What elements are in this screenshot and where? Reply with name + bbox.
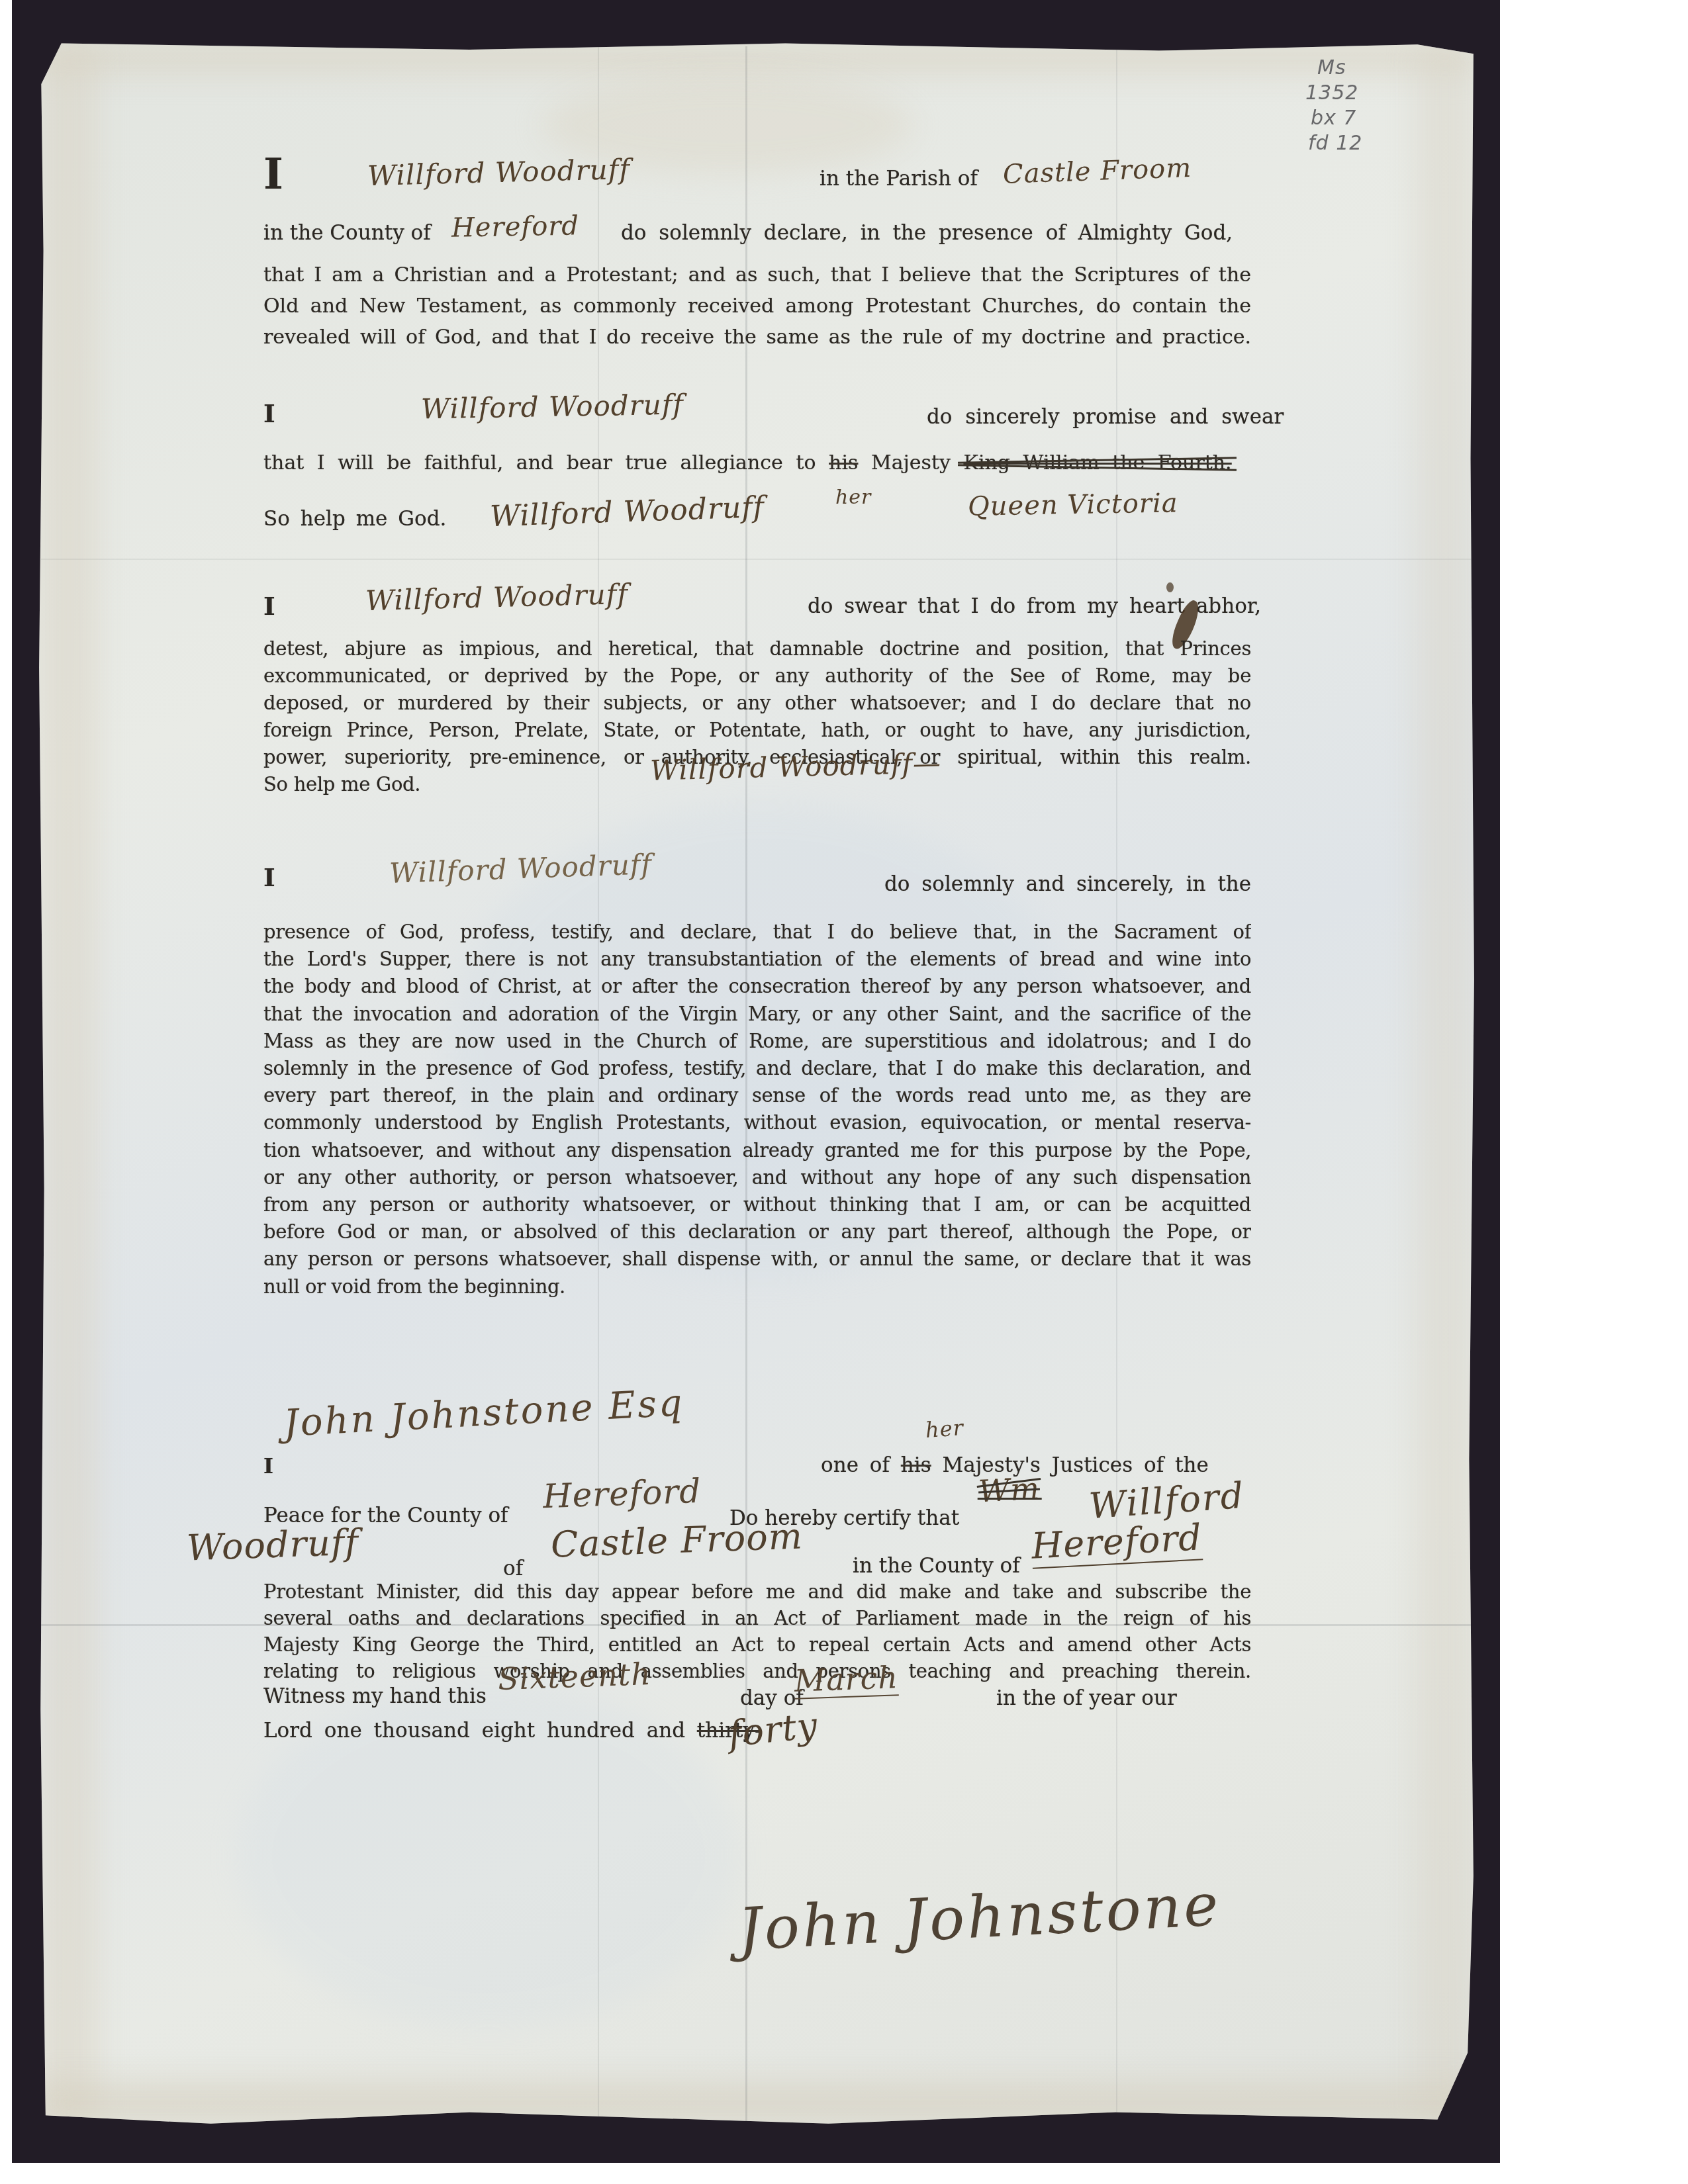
s5-county2-label: in the County of [853, 1554, 1020, 1578]
edge-stain-left [38, 42, 98, 2126]
s5-line: Protestant Minister, did this day appear… [263, 1578, 1251, 1605]
s4-line: Mass as they are now used in the Church … [263, 1028, 1251, 1055]
s5-witness-label: Witness my hand this [263, 1684, 487, 1708]
s4-line: that the invocation and adoration of the… [263, 1001, 1251, 1028]
s1-line: Old and New Testament, as commonly recei… [263, 291, 1251, 322]
s5-line: Majesty King George the Third, entitled … [263, 1631, 1251, 1658]
s3-line: foreign Prince, Person, Prelate, State, … [263, 717, 1251, 744]
s4-line: solemnly in the presence of God profess,… [263, 1055, 1251, 1082]
s3-line: deposed, or murdered by their subjects, … [263, 690, 1251, 717]
s3-initial: I [263, 591, 275, 621]
s5-lord-line: Lord one thousand eight hundred and thir… [263, 1719, 761, 1743]
s2-inserted-pronoun: her [835, 486, 871, 509]
ink-speck [1166, 582, 1174, 592]
s4-line: every part thereof, in the plain and ord… [263, 1082, 1251, 1109]
scanned-document-page: Ms 1352 bx 7 fd 12 I Willford Woodruff i… [0, 0, 1688, 2184]
s5-day-handwritten: Sixteenth [497, 1656, 652, 1697]
s2-majesty: Majesty [871, 451, 951, 475]
s4-line: presence of God, profess, testify, and d… [263, 919, 1251, 946]
s4-line: or any other authority, or person whatso… [263, 1164, 1251, 1191]
s4-lead: do solemnly and sincerely, in the [884, 872, 1251, 896]
edge-stain-right [1415, 42, 1475, 2126]
s5-lead-pre: one of [821, 1453, 890, 1477]
s5-month-handwritten: March [794, 1659, 899, 1698]
s5-struck-name-handwritten: Wm [978, 1471, 1041, 1510]
s4-initial: I [263, 862, 275, 892]
s5-struck-pronoun: his [901, 1453, 931, 1477]
s4-line: null or void from the beginning. [263, 1273, 1251, 1300]
s4-line: before God or man, or absolved of this d… [263, 1218, 1251, 1246]
s5-paragraph: Protestant Minister, did this day appear… [263, 1578, 1251, 1684]
s3-name-handwritten: Willford Woodruff [365, 578, 628, 617]
s2-initial: I [263, 398, 275, 428]
s1-county-handwritten: Hereford [451, 210, 580, 243]
s1-line: revealed will of God, and that I do rece… [263, 322, 1251, 353]
s4-paragraph: presence of God, profess, testify, and d… [263, 919, 1251, 1300]
s1-name-handwritten: Willford Woodruff [367, 153, 630, 192]
archival-note-line: Ms [1305, 56, 1362, 81]
s4-line: the Lord's Supper, there is not any tran… [263, 946, 1251, 973]
archival-note-line: bx 7 [1305, 106, 1362, 131]
s2-lead: do sincerely promise and swear [927, 405, 1284, 429]
s5-of-label: of [503, 1557, 523, 1580]
s5-line: relating to religious worship and assemb… [263, 1658, 1251, 1684]
s4-line: any person or persons whatsoever, shall … [263, 1246, 1251, 1273]
s5-place-handwritten: Castle Froom [550, 1515, 804, 1565]
s2-allegiance-line: that I will be faithful, and bear true a… [263, 451, 1232, 475]
s3-line: excommunicated, or deprived by the Pope,… [263, 662, 1251, 690]
fold-crease-horizontal-2 [41, 559, 1472, 560]
s2-struck-royal-name: King William the Fourth. [964, 451, 1232, 475]
s5-surname-handwritten: Woodruff [186, 1521, 359, 1569]
s2-allegiance-pre: that I will be faithful, and bear true a… [263, 451, 816, 475]
s5-county2-handwritten: Hereford [1031, 1516, 1203, 1567]
s5-inserted-pronoun: her [925, 1415, 964, 1443]
s2-closing: So help me God. [263, 507, 446, 531]
s5-initial: I [263, 1453, 273, 1479]
archival-note-line: fd 12 [1305, 131, 1362, 156]
s1-paragraph: that I am a Christian and a Protestant; … [263, 259, 1251, 353]
s1-line: that I am a Christian and a Protestant; … [263, 259, 1251, 291]
s2-struck-pronoun: his [829, 451, 858, 475]
s4-line: the body and blood of Christ, at or afte… [263, 973, 1251, 1000]
s1-initial: I [263, 150, 283, 199]
s4-line: commonly understood by English Protestan… [263, 1109, 1251, 1136]
s3-line: detest, abjure as impious, and heretical… [263, 635, 1251, 662]
s5-year-label: in the of year our [996, 1686, 1177, 1710]
s1-county-label: in the County of [263, 221, 431, 245]
archival-note: Ms 1352 bx 7 fd 12 [1305, 56, 1362, 156]
s1-parish-label: in the Parish of [820, 167, 978, 191]
s1-lead: do solemnly declare, in the presence of … [621, 221, 1233, 245]
s4-line: tion whatsoever, and without any dispens… [263, 1137, 1251, 1164]
s4-line: from any person or authority whatsoever,… [263, 1191, 1251, 1218]
s5-lord-pre: Lord one thousand eight hundred and [263, 1719, 685, 1743]
s2-name-handwritten: Willford Woodruff [421, 388, 684, 426]
archival-note-line: 1352 [1305, 81, 1362, 106]
s2-inserted-royal-name: Queen Victoria [968, 488, 1178, 522]
s5-county1-handwritten: Hereford [542, 1472, 702, 1516]
s5-line: several oaths and declarations specified… [263, 1605, 1251, 1631]
